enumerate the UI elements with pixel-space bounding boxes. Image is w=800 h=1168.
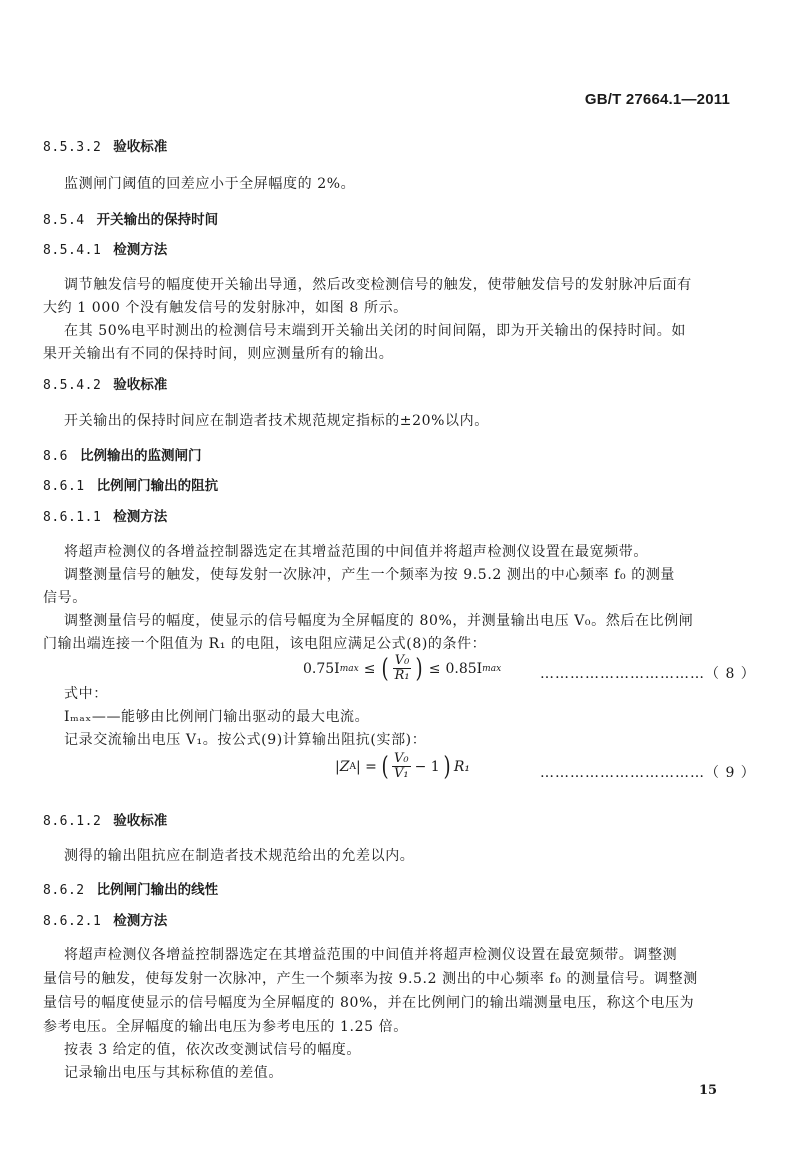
formula-relation: ≤ (429, 661, 441, 677)
formula-9: |ZA | = ( V₀ V₁ − 1 ) R₁ (335, 752, 470, 781)
paragraph-line: 量信号的触发，使每发射一次脉冲，产生一个频率为按 9.5.2 测出的中心频率 f… (43, 970, 698, 988)
left-paren-icon: ( (381, 754, 388, 780)
paragraph-line: 按表 3 给定的值，依次改变测试信号的幅度。 (64, 1041, 361, 1059)
formula-relation: | = (356, 759, 377, 775)
section-heading-8-5-4-2: 8.5.4.2验收标准 (43, 376, 167, 395)
page-number: 15 (699, 1083, 717, 1098)
right-paren-icon: ) (443, 754, 450, 780)
paragraph-line: 调节触发信号的幅度使开关输出导通，然后改变检测信号的触发，使带触发信号的发射脉冲… (64, 276, 692, 294)
formula-subscript: max (482, 664, 501, 674)
paragraph-line: 果开关输出有不同的保持时间，则应测量所有的输出。 (43, 345, 393, 363)
section-number: 8.6.2.1 (43, 913, 101, 931)
section-heading-8-5-4-1: 8.5.4.1检测方法 (43, 241, 167, 260)
section-heading-8-6-2: 8.6.2比例闸门输出的线性 (43, 881, 218, 900)
equation-number-8: ……………………………（ 8 ） (540, 663, 756, 683)
fraction: V₀ R₁ (393, 654, 412, 683)
section-number: 8.6.1.1 (43, 509, 101, 527)
paragraph: 测得的输出阻抗应在制造者技术规范给出的允差以内。 (64, 847, 414, 865)
section-number: 8.6.1 (43, 478, 85, 496)
paragraph-line: 记录输出电压与其标称值的差值。 (64, 1064, 283, 1082)
paragraph: 开关输出的保持时间应在制造者技术规范规定指标的±20%以内。 (64, 412, 489, 430)
paragraph-line: 大约 1 000 个没有触发信号的发射脉冲，如图 8 所示。 (43, 299, 408, 317)
section-number: 8.5.4 (43, 212, 85, 230)
fraction-numerator: V₀ (392, 752, 411, 767)
paragraph: 监测闸门阈值的回差应小于全屏幅度的 2%。 (64, 175, 355, 193)
section-number: 8.6.1.2 (43, 813, 101, 831)
section-heading-8-5-3-2: 8.5.3.2验收标准 (43, 138, 167, 157)
fraction-numerator: V₀ (393, 654, 412, 669)
formula-subscript: max (340, 664, 359, 674)
standard-code: GB/T 27664.1—2011 (585, 91, 730, 108)
section-title: 开关输出的保持时间 (97, 212, 219, 228)
formula-8: 0.75Imax ≤ ( V₀ R₁ ) ≤ 0.85Imax (303, 654, 501, 683)
section-title: 验收标准 (113, 139, 167, 155)
formula-term: 0.85I (445, 661, 482, 677)
formula-term: R₁ (454, 759, 470, 775)
where-label: 式中： (64, 685, 108, 703)
variable-definition: Iₘₐₓ——能够由比例闸门输出驱动的最大电流。 (64, 708, 369, 726)
document-page: GB/T 27664.1—2011 8.5.3.2验收标准 监测闸门阈值的回差应… (0, 0, 800, 1168)
section-title: 检测方法 (113, 509, 167, 525)
paragraph-line: 参考电压。全屏幅度的输出电压为参考电压的 1.25 倍。 (43, 1018, 408, 1036)
formula-term: |Z (335, 759, 349, 775)
section-title: 比例闸门输出的线性 (97, 882, 219, 898)
left-paren-icon: ( (382, 656, 389, 682)
section-number: 8.5.4.1 (43, 242, 101, 260)
section-title: 比例闸门输出的阻抗 (97, 478, 219, 494)
section-heading-8-6-1: 8.6.1比例闸门输出的阻抗 (43, 477, 218, 496)
section-number: 8.6 (43, 448, 68, 466)
paragraph-line: 调整测量信号的触发，使每发射一次脉冲，产生一个频率为按 9.5.2 测出的中心频… (64, 566, 675, 584)
fraction: V₀ V₁ (392, 752, 411, 781)
section-number: 8.5.4.2 (43, 377, 101, 395)
section-title: 检测方法 (113, 913, 167, 929)
paragraph-line: 在其 50%电平时测出的检测信号末端到开关输出关闭的时间间隔，即为开关输出的保持… (64, 322, 686, 340)
paragraph-line: 将超声检测仪各增益控制器选定在其增益范围的中间值并将超声检测仪设置在最宽频带。调… (64, 946, 677, 964)
fraction-denominator: V₁ (392, 767, 411, 781)
section-title: 比例输出的监测闸门 (80, 448, 202, 464)
fraction-denominator: R₁ (393, 669, 412, 683)
formula-relation: ≤ (364, 661, 376, 677)
right-paren-icon: ) (415, 656, 422, 682)
paragraph-line: 记录交流输出电压 V₁。按公式(9)计算输出阻抗(实部)： (64, 731, 426, 749)
section-heading-8-6-1-2: 8.6.1.2验收标准 (43, 812, 167, 831)
section-title: 验收标准 (113, 377, 167, 393)
section-number: 8.5.3.2 (43, 139, 101, 157)
formula-term: − 1 (415, 759, 440, 775)
section-heading-8-6-1-1: 8.6.1.1检测方法 (43, 508, 167, 527)
paragraph-line: 量信号的幅度使显示的信号幅度为全屏幅度的 80%，并在比例闸门的输出端测量电压，… (43, 994, 694, 1012)
section-title: 检测方法 (113, 242, 167, 258)
paragraph-line: 信号。 (43, 589, 87, 607)
section-title: 验收标准 (113, 813, 167, 829)
section-number: 8.6.2 (43, 882, 85, 900)
equation-number-9: ……………………………（ 9 ） (540, 762, 756, 782)
section-heading-8-5-4: 8.5.4开关输出的保持时间 (43, 211, 218, 230)
paragraph-line: 门输出端连接一个阻值为 R₁ 的电阻，该电阻应满足公式(8)的条件： (43, 635, 486, 653)
section-heading-8-6-2-1: 8.6.2.1检测方法 (43, 912, 167, 931)
paragraph-line: 调整测量信号的幅度，使显示的信号幅度为全屏幅度的 80%，并测量输出电压 V₀。… (64, 612, 693, 630)
paragraph-line: 将超声检测仪的各增益控制器选定在其增益范围的中间值并将超声检测仪设置在最宽频带。 (64, 543, 648, 561)
section-heading-8-6: 8.6比例输出的监测闸门 (43, 447, 201, 466)
formula-term: 0.75I (303, 661, 340, 677)
